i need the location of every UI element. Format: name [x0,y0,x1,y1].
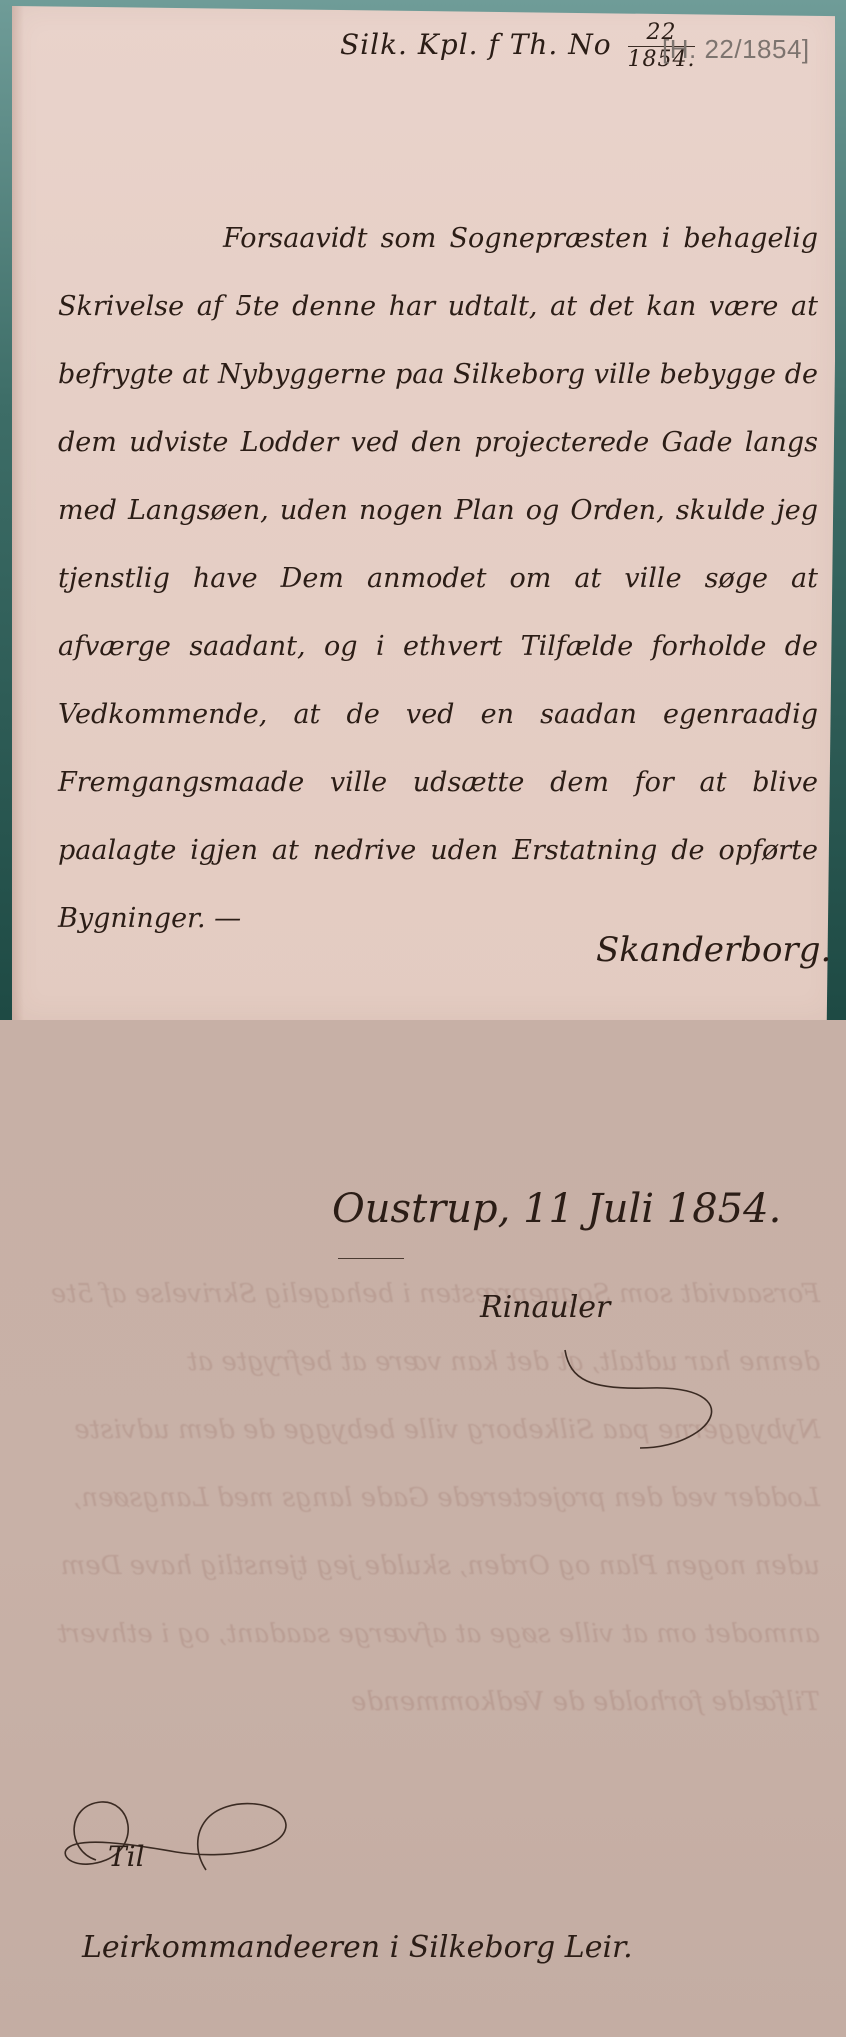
addressee-prefix: Til [108,1840,145,1873]
letter-body-text: Forsaavidt som Sognepræsten i behagelig … [58,223,818,934]
dateline-text: Oustrup, 11 Juli 1854. [332,1186,781,1232]
addressee-flourish-icon [56,1790,296,1880]
signature-place: Skanderborg. [596,930,831,970]
ink-offset-mirror-text: Forsaavidt som Sognepræsten i behagelig … [30,1260,820,1736]
archive-reference: [H. 22/1854] [662,34,810,65]
dateline-flourish [338,1258,404,1259]
signature: Rinauler [480,1290,610,1325]
letter-body: Forsaavidt som Sognepræsten i behagelig … [58,205,818,953]
header-reference: Silk. Kpl. f Th. No 22 1854. [340,22,695,71]
signature-flourish-icon [560,1340,730,1450]
header-reference-text: Silk. Kpl. f Th. No [340,28,612,61]
addressee: Leirkommandeeren i Silkeborg Leir. [82,1930,633,1965]
dateline: Oustrup, 11 Juli 1854. [332,1186,846,1278]
